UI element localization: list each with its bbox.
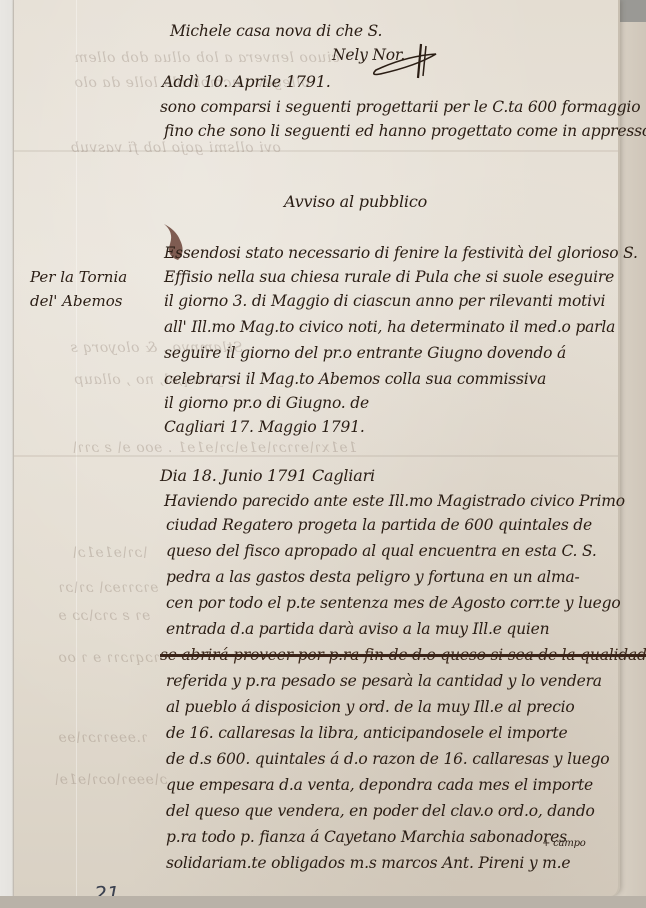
bleed-through-text: ciuoo lenvera a lob ollua dob ollem (74, 50, 340, 66)
notice-line: il giorno pr.o di Giugno. de (164, 394, 369, 412)
bleed-through-text: ɘɿ ƨ ɔɿɔ\ɔɔ ɘ (58, 608, 150, 624)
entry-line: p.ra todo p. fianza á Cayetano Marchia s… (166, 828, 567, 846)
bleed-through-text: ɿɔqɿɔɿɿ ɘ ɿ oo (58, 650, 160, 666)
entry-line: ciudad Regatero progeta la partida de 60… (166, 516, 592, 534)
notice-line: Essendosi stato necessario di fenire la … (164, 244, 638, 262)
interlinear-insert: + campo (542, 838, 586, 849)
header-line: Michele casa nova di che S. (170, 22, 382, 40)
notice-line: Cagliari 17. Maggio 1791. (164, 418, 365, 436)
signature-flourish-icon (366, 42, 446, 82)
entry-line: Haviendo parecido ante este Ill.mo Magis… (164, 492, 625, 510)
manuscript-sheet: ciuoo lenvera a lob ollua dob ollem olle… (14, 0, 620, 896)
entry-line: del queso que vendera, en poder del clav… (166, 802, 595, 820)
notice-line: Effisio nella sua chiesa rurale di Pula … (164, 268, 614, 286)
bleed-through-text: ɔ\ɘɘɘɿ\oɔɿ\ɘ1ɘ\ (54, 772, 167, 788)
entry-line: al pueblo á disposicion y ord. de la muy… (166, 698, 575, 716)
surface-edge (0, 896, 646, 908)
notice-title: Avviso al pubblico (284, 192, 427, 211)
entry-line: fino che sono li seguenti ed hanno proge… (164, 122, 646, 140)
bleed-through-text: ɘɿɔɿɿɘɔ\ ɔɿ\ɔɿ (58, 580, 159, 596)
entry-line: sono comparsi i seguenti progettarii per… (160, 98, 640, 116)
entry-line: entrada d.a partida darà aviso a la muy … (166, 620, 549, 638)
bleed-through-text: ɿ.ɘɘɘɿɿɔɿ\ɘɘ (58, 730, 148, 746)
entry-line: pedra a las gastos desta peligro y fortu… (166, 568, 580, 586)
margin-note: del' Abemos (30, 292, 122, 310)
entry-line: queso del fisco apropado al qual encuent… (166, 542, 597, 560)
entry-date: Addì 10. Aprile 1791. (162, 72, 331, 91)
notice-line: seguire il giorno del pr.o entrante Giug… (164, 344, 566, 362)
entry-line: referida y p.ra pesado se pesarà la cant… (166, 672, 602, 690)
bleed-through-text: 1ɘ1xɿ\ɘɿɿɔɿ\ɘ1ɘ\ɔɿ\ɘ1ɘ1 . ɘoo ɘ\ ƨ ɔɿɿ\ (72, 440, 357, 456)
photo-scene: ciuoo lenvera a lob ollua dob ollem olle… (0, 0, 646, 908)
entry-line: de 16. callaresas la libra, anticipandos… (166, 724, 567, 742)
notice-line: il giorno 3. di Maggio di ciascun anno p… (164, 292, 605, 310)
bleed-through-text: ovi ollsmi gojo lob fi vasvub (70, 140, 281, 156)
entry-date: Dia 18. Junio 1791 Cagliari (160, 466, 375, 485)
margin-note: Per la Tornia (30, 268, 127, 286)
notice-line: all' Ill.mo Mag.to civico noti, ha deter… (164, 318, 615, 336)
entry-line: que empesara d.a venta, depondra cada me… (166, 776, 593, 794)
notice-line: celebrarsi il Mag.to Abemos colla sua co… (164, 370, 546, 388)
entry-line-struck: se abrirá proveer por p.ra fin de d.o qu… (160, 646, 646, 664)
bleed-through-text: \ɔɿ\ɘ1ɘ1ɔ\ (72, 545, 148, 561)
entry-line: solidariam.te obligados m.s marcos Ant. … (166, 854, 570, 872)
entry-line: cen por todo el p.te sentenza mes de Ago… (166, 594, 620, 612)
entry-line: de d.s 600. quintales á d.o razon de 16.… (166, 750, 609, 768)
